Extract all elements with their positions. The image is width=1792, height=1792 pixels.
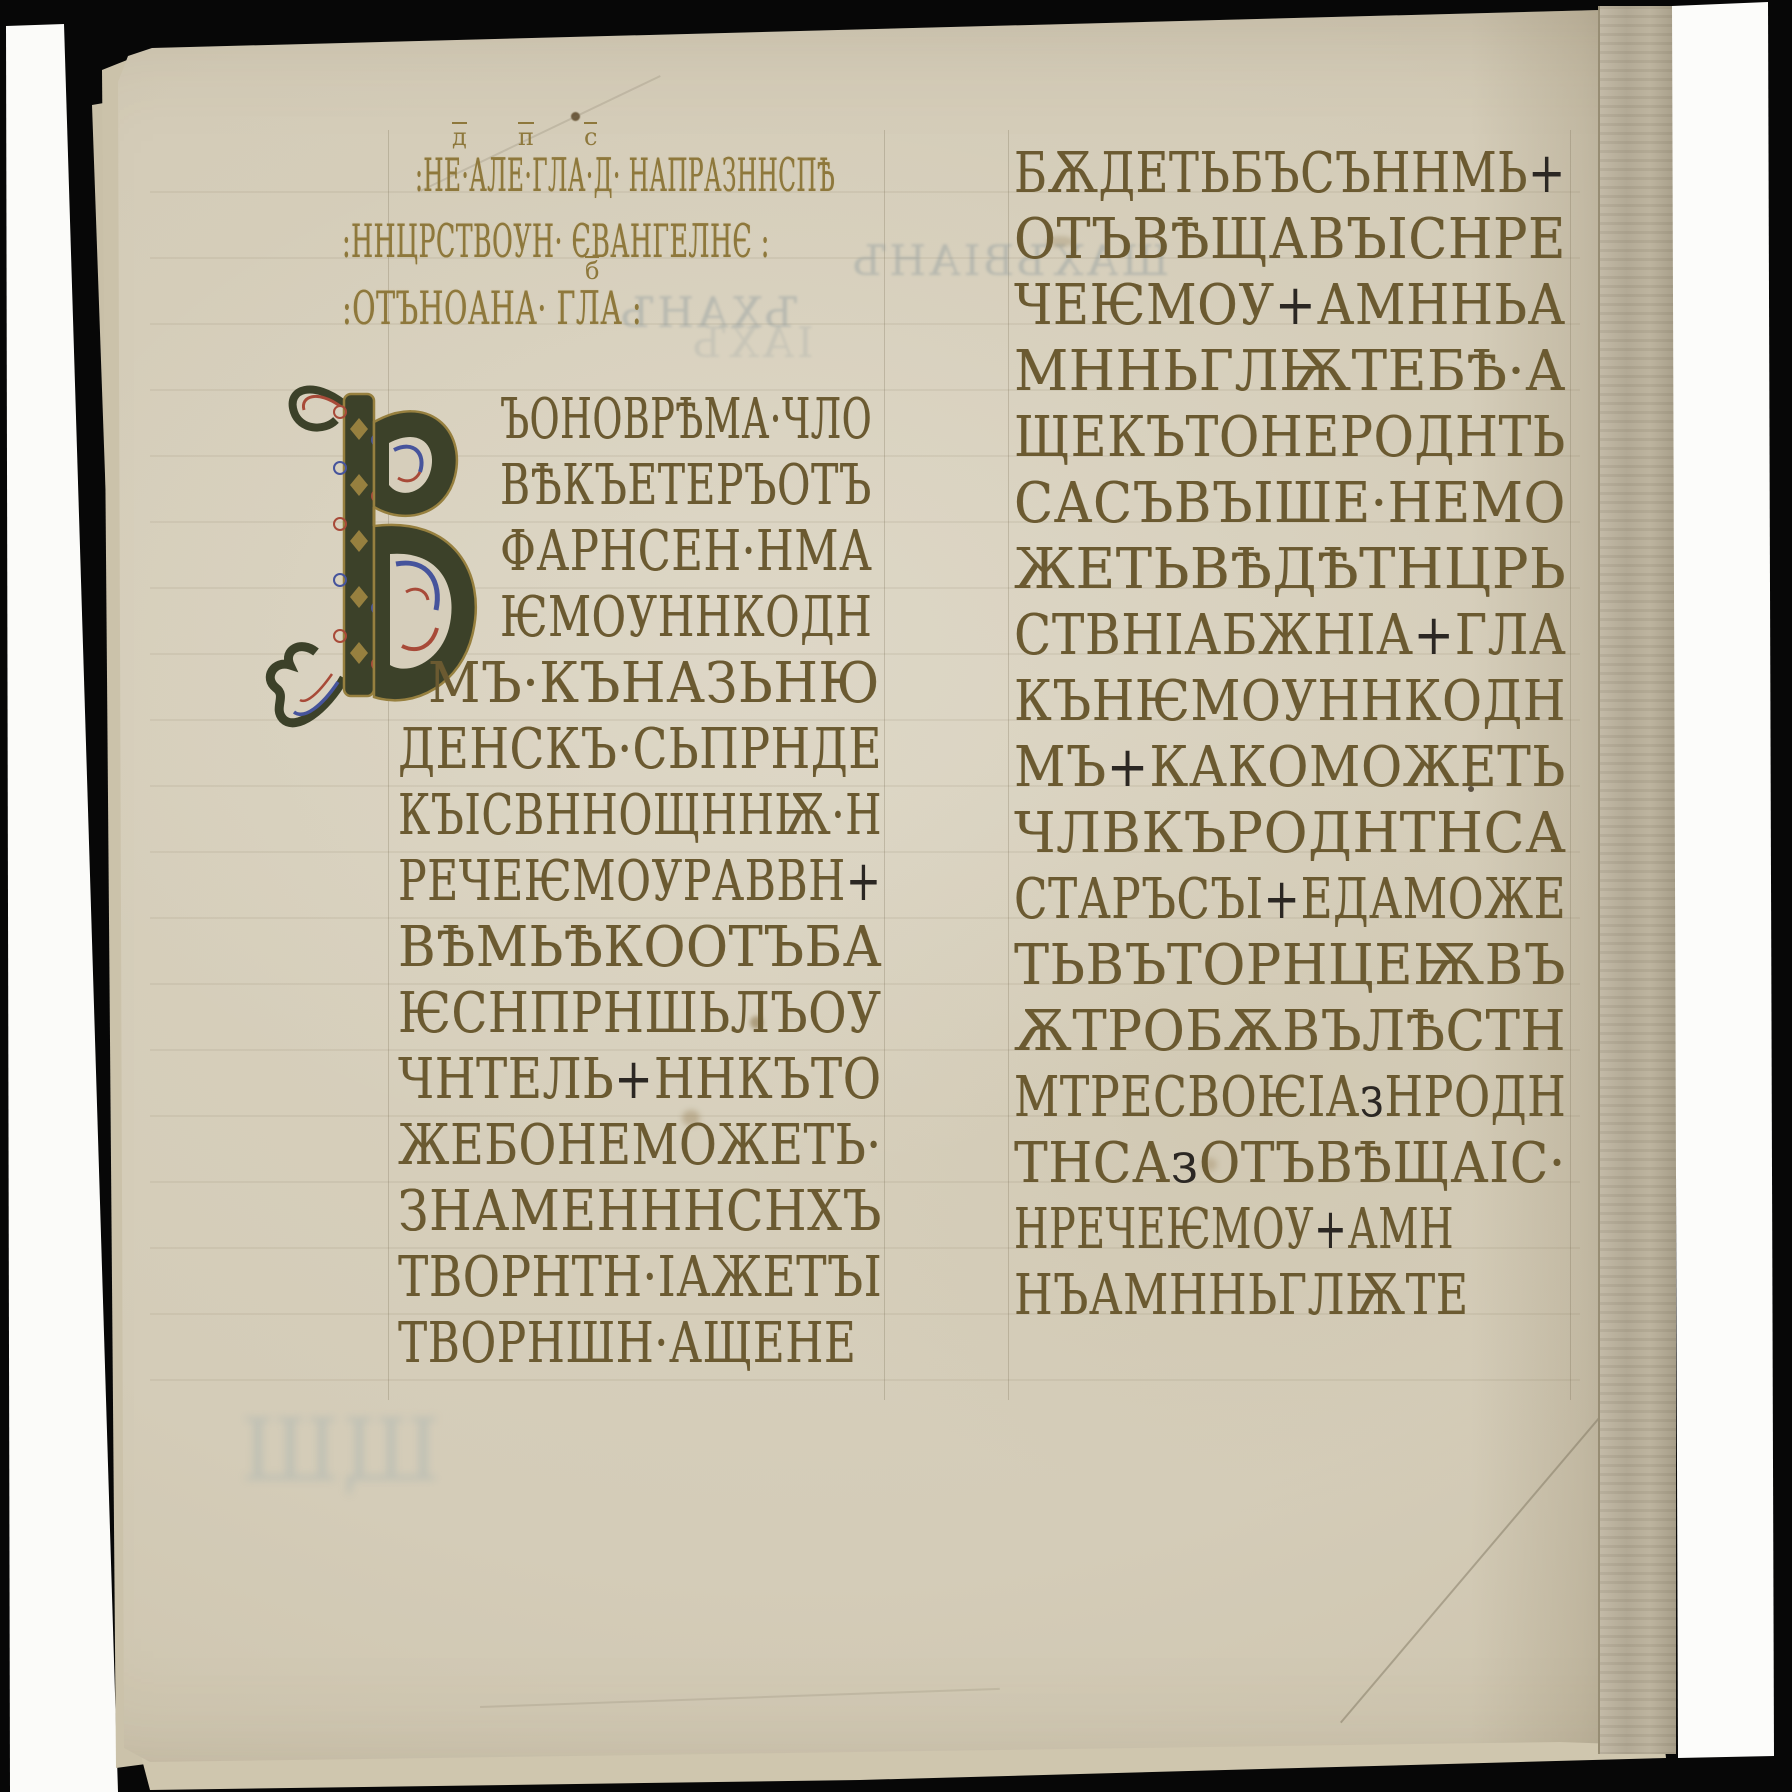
left-line-11: ЧНТЕЛЬ+ННКЪТО bbox=[398, 1052, 882, 1108]
right-line-8: СТВНІАБЖНІА+ГЛА bbox=[1014, 608, 1566, 664]
left-line-2: ВѢКЪЕТЕРЪОТЪ bbox=[500, 458, 872, 514]
bleedthrough-text: ІАХЪ bbox=[690, 322, 814, 364]
right-line-17: НРЕЧЕѤМОУ+АМН bbox=[1014, 1202, 1454, 1258]
right-line-15: МТРЕСВОѤІАзНРОДН bbox=[1014, 1070, 1566, 1126]
right-line-12: СТАРЪСЪІ+ЕДАМОЖЕ bbox=[1014, 872, 1566, 928]
rubric-superscript: д bbox=[452, 122, 467, 149]
right-line-3: ЧЕѤМОУ+АМННЬА bbox=[1014, 278, 1566, 334]
right-line-2: ОТЪВѢЩАВЪІСНРЕ bbox=[1014, 212, 1566, 268]
left-line-7: КЪІСВННОЩННѬ·Н bbox=[398, 788, 882, 844]
left-line-4: ѤМОУННКОДН bbox=[500, 590, 872, 646]
right-line-18: НЪАМННЬГЛѬТЕ bbox=[1014, 1268, 1469, 1324]
rubric-line: :ННЦРСТВОУН· ЄВАНГЕЛНЄ : bbox=[342, 218, 770, 264]
left-line-1: ЪОНОВРѢМА·ЧЛО bbox=[500, 392, 872, 448]
right-line-10: МЪ+КАКОМОЖЕТЬ bbox=[1014, 740, 1566, 796]
rubric-line: :НЕ·АЛЕ·ГЛА·Д· НАПРАЗННСПѢ bbox=[415, 152, 835, 198]
parchment-page: ШАХЪВІАНЪ ЪХАНЪ ЩШ ІАХЪ :НЕ·АЛЕ·ГЛА·Д· Н… bbox=[0, 0, 1792, 1792]
left-line-13: ЗНАМЕНННСНХЪ bbox=[398, 1184, 882, 1240]
right-line-16: ТНСАзОТЪВѢЩАІС· bbox=[1014, 1136, 1566, 1192]
rubric-line: :ОТЪНОАНА· ГЛА : bbox=[342, 285, 642, 331]
right-line-11: ЧЛВКЪРОДНТНСА bbox=[1014, 806, 1566, 862]
left-line-12: ЖЕБОНЕМОЖЕТЬ· bbox=[398, 1118, 882, 1174]
book-binding-edge bbox=[1598, 6, 1676, 1754]
left-line-9: ВѢМЬѢКООТЪБА bbox=[398, 920, 882, 976]
left-line-6: ДЕНСКЪ·СЬПРНДЕ bbox=[398, 722, 882, 778]
right-line-7: ЖЕТЬВѢДѢТНЦРЬ bbox=[1014, 542, 1566, 598]
rubric-superscript: п bbox=[518, 122, 534, 149]
rubric-superscript: с bbox=[584, 122, 597, 149]
right-line-9: КЪНѤМОУННКОДН bbox=[1014, 674, 1566, 730]
margin-guide bbox=[884, 130, 885, 1400]
left-line-15: ТВОРНШН·АЩЕНЕ bbox=[398, 1316, 856, 1372]
right-line-4: МННЬГЛѬТЕБѢ·А bbox=[1014, 344, 1566, 400]
left-line-8: РЕЧЕѤМОУРАВВН+ bbox=[398, 854, 882, 910]
bleedthrough-smudge: ЩШ bbox=[238, 1408, 440, 1494]
left-line-14: ТВОРНТН·ІАЖЕТЪІ bbox=[398, 1250, 882, 1306]
right-line-5: ЩЕКЪТОНЕРОДНТЬ bbox=[1014, 410, 1566, 466]
left-line-5: МЪ·КЪНАЗЬНЮ bbox=[428, 656, 880, 712]
crease-line bbox=[480, 1688, 1000, 1708]
rubric-superscript: б bbox=[585, 256, 599, 283]
right-line-13: ТЬВЪТОРНЦЕѬВЪ bbox=[1014, 938, 1566, 994]
right-line-14: ѪТРОБѪВЪЛѢСТН bbox=[1014, 1004, 1566, 1060]
margin-guide bbox=[1008, 130, 1009, 1400]
right-line-1: БѪДЕТЬБЪСЪННМЬ+ bbox=[1014, 146, 1566, 202]
right-line-6: САСЪВЪІШЕ·НЕМО bbox=[1014, 476, 1566, 532]
manuscript-scan: ШАХЪВІАНЪ ЪХАНЪ ЩШ ІАХЪ :НЕ·АЛЕ·ГЛА·Д· Н… bbox=[0, 0, 1792, 1792]
left-line-10: ѤСНПРНШЬЛЪОУ bbox=[398, 986, 882, 1042]
left-line-3: ФАРНСЕН·НМА bbox=[500, 524, 872, 580]
